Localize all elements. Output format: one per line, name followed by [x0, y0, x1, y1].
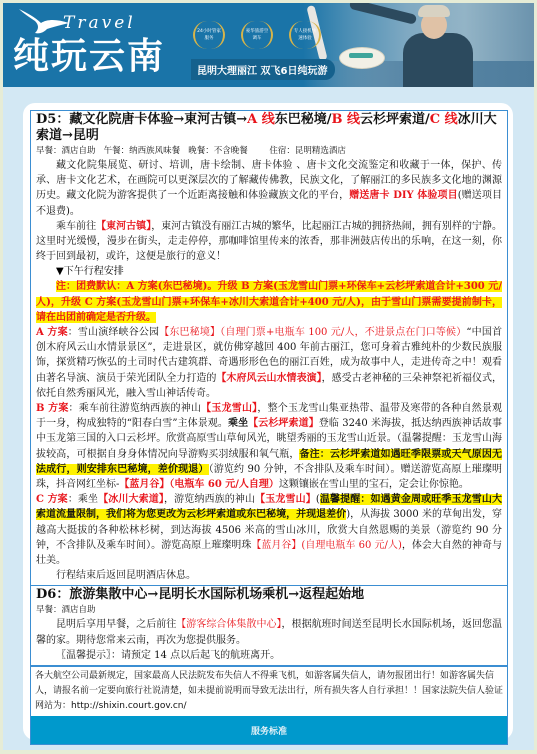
day5-meals: 早餐：酒店自助 午餐：纳西族风味餐 晚餐：不含晚餐 住宿：昆明精选酒店 [36, 144, 502, 158]
credit-notice: 各大航空公司最新规定，国家最高人民法院发布失信人不得乘飞机，如游客属失信人，请勿… [31, 666, 507, 716]
laurel-badge: 专人接机快速体验 [289, 21, 321, 49]
travel-script: Travel [63, 13, 136, 33]
banner-man-cap [418, 5, 450, 17]
itinerary-content: D5：藏文化院唐卡体验→東河古镇→A 线东巴秘境/B 线云杉坪索道/C 线冰川大… [30, 110, 508, 745]
day5-para-culture: 藏文化院集展览、研讨、培训，唐卡绘制、唐卡体验 、唐卡文化交流鉴定和收藏于一体，… [36, 158, 502, 219]
service-standard-button[interactable]: 服务标准 [31, 716, 507, 744]
banner-hatband [349, 53, 373, 58]
afternoon-heading: ▼下午行程安排 [36, 264, 502, 279]
laurel-badge: 豪华旅游空调车 [241, 21, 273, 49]
banner-man-body [403, 33, 473, 87]
day5-end-note: 行程结束后返回昆明酒店休息。 [36, 568, 502, 583]
plan-note: 注：团费默认：A 方案(东巴秘境)。升级 B 方案(玉龙雪山门票+环保车+云杉坪… [36, 279, 502, 325]
day5-title: D5：藏文化院唐卡体验→東河古镇→A 线东巴秘境/B 线云杉坪索道/C 线冰川大… [36, 112, 502, 144]
day6-section: D6：旅游集散中心→昆明长水国际机场乘机→返程起始地 早餐：酒店自助 昆明后享用… [31, 586, 507, 666]
badge-row: 24小时管家服务 豪华旅游空调车 专人接机快速体验 [193, 21, 321, 49]
banner-title: 纯玩云南 [13, 35, 165, 79]
plan-b: B 方案：乘车前往游览纳西族的神山【玉龙雪山】，整个玉龙雪山集亚热带、温带及寒带… [36, 401, 502, 492]
day5-para-donghe: 乘车前往【東河古镇】，東河古镇没有丽江古城的繁华，比起丽江古城的拥挤热闹，拥有别… [36, 219, 502, 265]
laurel-badge: 24小时管家服务 [193, 21, 225, 49]
day6-para: 昆明后享用早餐，之后前往【游客综合体集散中心】，根据航班时间送至昆明长水国际机场… [36, 617, 502, 647]
banner-subtitle: 昆明大理丽江 双飞6日纯玩游 [191, 59, 335, 80]
banner: Travel 纯玩云南 24小时管家服务 豪华旅游空调车 专人接机快速体验 昆明… [3, 3, 534, 87]
day6-meals: 早餐：酒店自助 [36, 603, 502, 617]
day6-tip: 〖温馨提示〗：请预定 14 点以后起飞的航班离开。 [36, 648, 502, 663]
plan-c: C 方案：乘坐【冰川大索道】，游览纳西族的神山【玉龙雪山】(温馨提醒：如遇黄金周… [36, 492, 502, 568]
banner-hat [339, 47, 385, 69]
plan-a: A 方案：雪山演绎峡谷公园【东巴秘境】（自理门票+电瓶车 100 元/人，不进景… [36, 325, 502, 401]
day5-section: D5：藏文化院唐卡体验→東河古镇→A 线东巴秘境/B 线云杉坪索道/C 线冰川大… [31, 111, 507, 586]
day6-title: D6：旅游集散中心→昆明长水国际机场乘机→返程起始地 [36, 587, 502, 603]
